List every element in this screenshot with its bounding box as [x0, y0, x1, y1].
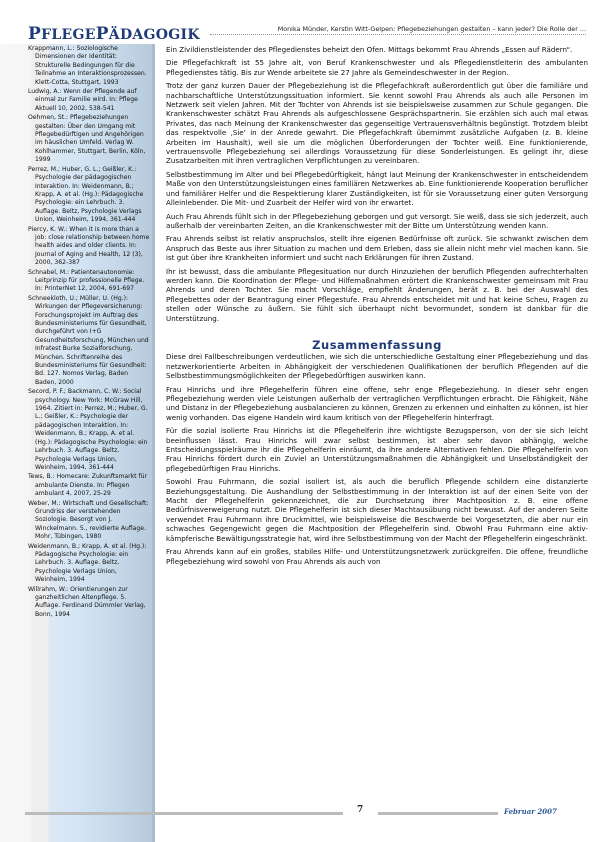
running-head: Monika Münder, Kerstin Witt-Gelpen: Pfle… — [210, 25, 586, 35]
body-paragraph: Die Pflegefachkraft ist 55 Jahre alt, vo… — [166, 58, 588, 77]
reference-item: Ludwig, A.: Wenn der Pflegende auf einma… — [28, 88, 150, 113]
reference-item: Krappmann, L.: Soziologische Dimensionen… — [28, 45, 150, 87]
sidebar-edge — [152, 44, 155, 842]
issue-date: Februar 2007 — [504, 807, 557, 816]
journal-logo: PFLEGEPÄDAGOGIK — [28, 24, 200, 44]
section-heading: Zusammenfassung — [166, 341, 588, 350]
main-text-column: Ein Zivildienstleistender des Pflegedien… — [166, 45, 588, 570]
footer-rule-left — [25, 812, 343, 815]
body-paragraph: Auch Frau Ahrends fühlt sich in der Pfle… — [166, 212, 588, 231]
reference-item: Willrahm, W.: Orientierungen zur ganzhei… — [28, 586, 150, 620]
body-paragraph: Ihr ist bewusst, dass die ambulante Pfle… — [166, 267, 588, 323]
reference-item: Weidenmann, B.; Krapp, A. et al. (Hg.): … — [28, 543, 150, 585]
reference-item: Oehmen, St.: Pflegebeziehungen gestalten… — [28, 114, 150, 164]
page-number: 7 — [357, 805, 363, 815]
body-paragraph: Frau Ahrends kann auf ein großes, stabil… — [166, 547, 588, 566]
reference-item: Schnabel, M.: Patientenautonomie: Leitpr… — [28, 269, 150, 294]
body-paragraph: Selbstbestimmung im Alter und bei Pflege… — [166, 170, 588, 208]
body-paragraph: Diese drei Fallbeschreibungen verdeutlic… — [166, 352, 588, 380]
reference-item: Perrez, M.; Huber, G. L.; Geißler, K.: P… — [28, 166, 150, 225]
reference-item: Secord, P. F.; Backmann, C. W.: Social p… — [28, 388, 150, 472]
body-paragraph: Trotz der ganz kurzen Dauer der Pflegebe… — [166, 81, 588, 166]
body-paragraph: Für die sozial isolierte Frau Hinrichs i… — [166, 426, 588, 473]
body-paragraph: Sowohl Frau Fuhrmann, die sozial isolier… — [166, 477, 588, 543]
reference-item: Schneekloth, U.; Müller, U. (Hg.): Wirku… — [28, 295, 150, 387]
body-paragraph: Ein Zivildienstleistender des Pflegedien… — [166, 45, 588, 54]
footer-rule-right — [378, 812, 498, 815]
body-paragraph: Frau Hinrichs und ihre Pflegehelferin fü… — [166, 385, 588, 423]
reference-list: Krappmann, L.: Soziologische Dimensionen… — [28, 45, 150, 620]
reference-item: Tews, B.: Homecare: Zukunftsmarkt für am… — [28, 473, 150, 498]
body-paragraph: Frau Ahrends selbst ist relativ anspruch… — [166, 234, 588, 262]
reference-item: Piercy, K. W.: When it is more than a jo… — [28, 226, 150, 268]
reference-item: Weber, M.: Wirtschaft und Gesellschaft: … — [28, 500, 150, 542]
